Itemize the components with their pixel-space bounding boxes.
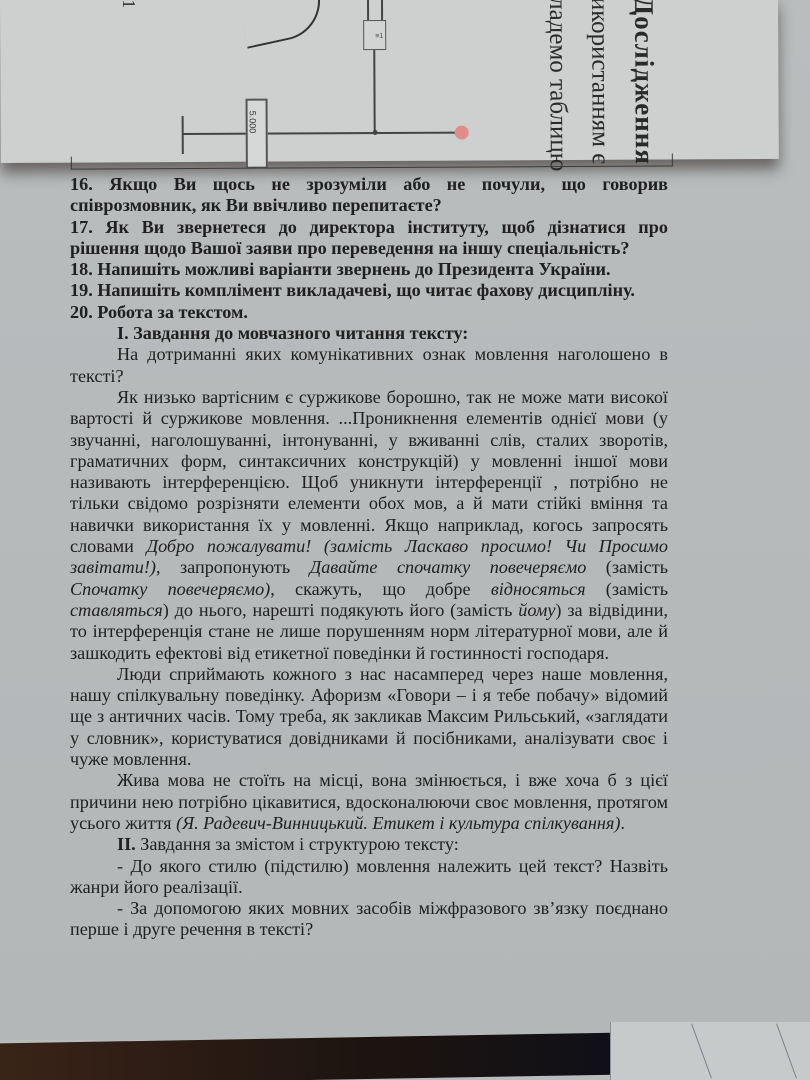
scale-value: 5.000 [248,111,258,134]
rotated-line: ладемо таблицю [543,0,572,171]
diagram-end-tick [182,116,184,154]
section-2-item-1: - До якого стилю (підстилю) мовлення нал… [70,856,668,899]
question-18: 18. Напишіть можливі варіанти звернень д… [70,259,668,280]
rotated-page-mark: 1 [118,0,139,8]
diagram-marker [455,126,469,140]
underlying-sheet [610,1022,810,1080]
question-17: 17. Як Ви звернетеся до директора інстит… [70,217,668,260]
rotated-title: Дослідження [628,0,660,165]
diagram-curve [239,0,328,49]
question-19: 19. Напишіть комплімент викладачеві, що … [70,280,668,301]
overlay-sheet: Дослідження икористанням є ладемо таблиц… [0,0,779,163]
diagram-vertical-line [373,50,375,132]
diagram-component: ≡1 [363,20,386,50]
section-2-heading: ІІ. Завдання за змістом і структурою тек… [70,834,668,855]
diagram-junction [373,130,378,135]
section-1-question: На дотриманні яких комунікативних ознак … [70,344,668,387]
component-label: ≡1 [375,33,383,40]
paragraph-2: Люди сприймають кожного з нас насамперед… [70,664,668,770]
diagram-vertical-line [367,0,369,20]
section-2-item-2: - За допомогою яких мовних засобів міжфр… [70,898,668,941]
paragraph-3: Жива мова не стоїть на місці, вона зміню… [70,770,668,834]
paragraph-1: Як низько вартісним є суржикове борошно,… [70,387,668,664]
ruled-line [776,1024,797,1079]
document-body: 16. Якщо Ви щось не зрозуміли або не поч… [70,174,668,941]
section-1-heading: І. Завдання до мовчазного читання тексту… [70,323,668,344]
question-16: 16. Якщо Ви щось не зрозуміли або не поч… [70,174,668,217]
question-20: 20. Робота за текстом. [70,302,668,323]
diagram-vertical-line [381,0,383,20]
citation: (Я. Радевич-Винницький. Етикет і культур… [176,813,620,833]
rotated-line: икористанням є [585,0,614,164]
diagram-horizontal-line [183,132,463,135]
ruled-line [691,1024,712,1079]
